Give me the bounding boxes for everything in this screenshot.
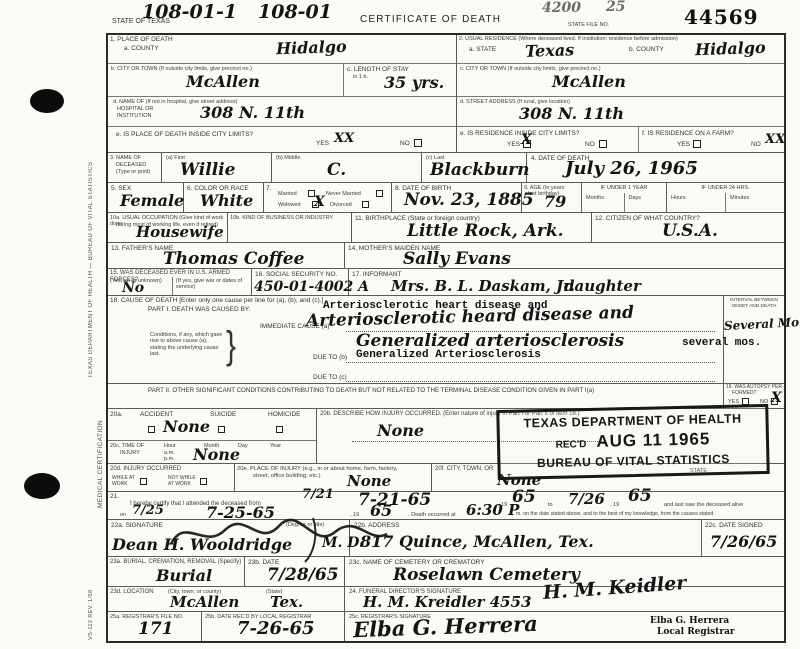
margin-form-revision-text: VS-112 REV. 1/58: [88, 556, 94, 640]
place-title: 1. PLACE OF DEATH: [110, 36, 173, 44]
marital-married-label: Married: [278, 191, 297, 197]
place-city-limits-label: e. IS PLACE OF DEATH INSIDE CITY LIMITS?: [116, 131, 253, 139]
hour-label: Hour: [164, 443, 176, 449]
cause-b-typed: Generalized Arteriosclerosis: [356, 350, 541, 361]
funeral-director-name: H. M. Kreidler 4553: [363, 595, 531, 610]
farm-yes-checkbox: [693, 140, 701, 148]
death-certificate-scan: TEXAS DEPARTMENT OF HEALTH — BUREAU OF V…: [0, 0, 800, 649]
burial-label: 23a. BURIAL, CREMATION, REMOVAL (Specify…: [110, 559, 241, 566]
row-place-and-residence: 1. PLACE OF DEATH a. COUNTY Hidalgo b. C…: [108, 35, 784, 153]
widowed-mark: X: [314, 195, 325, 209]
months-label: Months: [582, 193, 625, 213]
row-name-and-death-date: 3. NAME OF DECEASED (Type or print) (a) …: [108, 153, 784, 183]
location-state-value: Tex.: [270, 595, 303, 610]
stamp-line-3: BUREAU OF VITAL STATISTICS: [500, 451, 766, 471]
attended-from-handwritten-b: 7-21-65: [358, 492, 431, 509]
middle-name-value: C.: [327, 162, 346, 179]
burial-date-value: 7/28/65: [267, 567, 339, 584]
certify-on: on: [120, 512, 126, 518]
residence-farm-label: f. IS RESIDENCE ON A FARM?: [642, 130, 734, 138]
row-armed-ssn-informant: 15. WAS DECEASED EVER IN U.S. ARMED FORC…: [108, 269, 784, 296]
date-signed-label: 22c. DATE SIGNED: [705, 522, 763, 530]
minutes-label: Minutes: [726, 193, 784, 213]
accident-checkbox: [148, 426, 155, 433]
place-limits-no-checkbox: [414, 139, 422, 147]
name-title-3: (Type or print): [116, 169, 150, 175]
certify-19-b: , 19: [610, 502, 619, 508]
suicide-checkbox: [218, 426, 225, 433]
suicide-label: SUICIDE: [210, 411, 236, 419]
name-title-1: 3. NAME OF: [110, 155, 141, 161]
penciled-number-2: 25: [606, 0, 625, 14]
penciled-number-1: 4200: [542, 1, 581, 15]
registrar-typed-name: Elba G. Herrera: [650, 617, 729, 626]
cause-of-death-label: 18. CAUSE OF DEATH [Enter only one cause…: [110, 297, 323, 305]
cause-b-line: [346, 362, 715, 363]
never-married-checkbox: [376, 190, 383, 197]
cause-c-line: [346, 381, 715, 382]
residence-limits-yes-mark: X: [521, 133, 532, 147]
race-value: White: [200, 193, 253, 209]
injury-20b-value: None: [377, 423, 424, 439]
row-registrar: 25a. REGISTRAR'S FILE NO. 171 25b. DATE …: [108, 612, 784, 641]
row-father-mother: 13. FATHER'S NAME Thomas Coffee 14. MOTH…: [108, 243, 784, 269]
residence-limits-no-label: NO: [585, 141, 595, 149]
length-of-stay-sub: in 1 b.: [353, 74, 368, 80]
immediate-cause-label: IMMEDIATE CAUSE (a): [260, 323, 330, 331]
autopsy-label-2: FORMED?: [732, 391, 756, 397]
certify-number: 21.: [110, 493, 119, 501]
state-file-number: 44569: [684, 5, 759, 29]
death-time-handwritten: 6:30 P: [466, 503, 519, 518]
cause-b-handwritten: Generalized arteriosclerosis: [356, 333, 624, 350]
certify-text-4: m. on the date stated above, and to the …: [516, 512, 713, 518]
hospital-label-2: HOSPITAL OR: [117, 106, 153, 112]
injury-20c-label-1: 20c. TIME OF: [110, 443, 144, 449]
handwritten-district-number-2: 108-01: [258, 3, 332, 22]
hole-punch-top: [30, 89, 64, 113]
certify-text-2: and last saw the deceased alive: [664, 502, 743, 508]
divorced-checkbox: [362, 201, 369, 208]
injury-20d-label: 20d. INJURY OCCURRED: [110, 466, 181, 473]
informant-relation: daughter: [564, 279, 641, 294]
citizen-value: U.S.A.: [662, 223, 718, 240]
place-limits-no-label: NO: [400, 140, 410, 148]
sex-value: Female: [120, 193, 184, 209]
attended-from-handwritten-a: 7/21: [302, 488, 334, 501]
armed-sub2-label: (If yes, give war or dates of service): [176, 278, 248, 291]
row-location-funeral-director: 23d. LOCATION (City, town, or county) (S…: [108, 587, 784, 612]
farm-yes-label: YES: [677, 141, 690, 149]
not-while-label-2: AT WORK: [168, 482, 191, 488]
injury-20f-label: 20f. CITY, TOWN, OR: [435, 466, 493, 473]
residence-city-value: McAllen: [552, 74, 626, 90]
row-occupation-birthplace-citizen: 10a. USUAL OCCUPATION (Give kind of work…: [108, 213, 784, 243]
conditions-note: Conditions, if any, which gave rise to a…: [150, 332, 224, 357]
usual-residence-section: 2. USUAL RESIDENCE (Where deceased lived…: [457, 35, 784, 152]
farm-no-mark: XX: [765, 133, 785, 146]
interval-typed: several mos.: [682, 338, 761, 349]
occupation-value: Housewife: [136, 225, 224, 240]
birthplace-value: Little Rock, Ark.: [407, 223, 564, 240]
signature-label: 22a. SIGNATURE: [111, 522, 163, 530]
while-at-work-label-2: WORK: [112, 482, 128, 488]
row-cause-of-death: 18. CAUSE OF DEATH [Enter only one cause…: [108, 296, 784, 384]
name-title-2: DECEASED: [116, 162, 146, 168]
conditions-brace: }: [226, 325, 236, 369]
margin-medical-certification-text: MEDICAL CERTIFICATION: [97, 396, 104, 508]
residence-state-value: Texas: [525, 42, 575, 60]
residence-limits-yes-label: YES: [507, 141, 520, 149]
registrar-typed-title: Local Registrar: [657, 628, 735, 637]
registrar-file-value: 171: [138, 621, 174, 638]
burial-value: Burial: [156, 568, 212, 584]
location-city-value: McAllen: [170, 595, 239, 610]
homicide-checkbox: [276, 426, 283, 433]
alive-date-handwritten-a: 7/25: [132, 504, 164, 517]
certificate-title: CERTIFICATE OF DEATH: [360, 14, 501, 25]
row-physician-signature: 22a. SIGNATURE (Degree or title) Dean H.…: [108, 520, 784, 557]
not-while-checkbox: [200, 478, 207, 485]
place-limits-yes-mark: XX: [334, 132, 354, 145]
informant-value: Mrs. B. L. Daskam, Jr.: [391, 279, 575, 294]
ssn-label: 16. SOCIAL SECURITY NO.: [255, 271, 337, 279]
received-stamp: TEXAS DEPARTMENT OF HEALTH REC'D AUG 11 …: [496, 404, 770, 480]
while-at-work-checkbox: [140, 478, 147, 485]
length-of-stay-value: 35 yrs.: [384, 75, 444, 91]
certify-year-2: 65: [628, 488, 652, 505]
residence-county-label: b. COUNTY: [629, 46, 664, 54]
hospital-value: 308 N. 11th: [200, 105, 305, 121]
state-file-no-label: STATE FILE NO.: [568, 22, 609, 28]
autopsy-no-mark: X: [771, 391, 782, 405]
residence-street-value: 308 N. 11th: [519, 106, 624, 122]
if-under-1-year-label: IF UNDER 1 YEAR: [582, 185, 666, 191]
if-under-24-hrs-label: IF UNDER 24 HRS.: [667, 185, 784, 191]
farm-no-label: NO: [751, 141, 761, 149]
date-signed-value: 7/26/65: [710, 534, 777, 550]
last-saw-date-handwritten: 7/26: [568, 492, 605, 507]
hours-label: Hours: [667, 193, 726, 213]
middle-name-label: (b) Middle: [276, 155, 300, 161]
last-name-value: Blackburn: [430, 162, 530, 179]
injury-20c-label-2: INJURY: [120, 450, 140, 456]
date-of-birth-value: Nov. 23, 1885: [404, 192, 534, 209]
marital-never-label: Never Married: [326, 191, 361, 197]
part2-label: PART II. OTHER SIGNIFICANT CONDITIONS CO…: [148, 387, 594, 394]
age-value: 79: [544, 194, 566, 210]
industry-label: 10b. KIND OF BUSINESS OR INDUSTRY: [230, 215, 333, 221]
armed-forces-value: No: [122, 281, 144, 295]
residence-limits-label: e. IS RESIDENCE INSIDE CITY LIMITS?: [460, 130, 579, 138]
margin-bureau-text: TEXAS DEPARTMENT OF HEALTH — BUREAU OF V…: [88, 140, 94, 378]
father-name-value: Thomas Coffee: [163, 251, 304, 268]
part1-label: PART I. DEATH WAS CAUSED BY:: [148, 306, 251, 314]
location-label: 23d. LOCATION: [110, 589, 154, 596]
hole-punch-bottom: [24, 473, 60, 499]
injury-20e-value: None: [347, 474, 391, 489]
hospital-label-3: INSTITUTION: [117, 113, 152, 119]
handwritten-district-number-1: 108-01-1: [142, 3, 237, 22]
residence-limits-no-checkbox: [599, 140, 607, 148]
due-to-b-label: DUE TO (b): [313, 354, 347, 362]
marital-widowed-label: Widowed: [278, 202, 301, 208]
certify-to: to: [548, 502, 553, 508]
year-label: Year: [270, 443, 281, 449]
homicide-label: HOMICIDE: [268, 411, 301, 419]
interval-label-2: ONSET AND DEATH: [724, 304, 784, 310]
interval-label-1: INTERVAL BETWEEN: [724, 298, 784, 304]
place-limits-yes-label: YES: [316, 140, 329, 148]
interval-handwritten: Several Mo.: [724, 316, 800, 332]
injury-20e-label-2: street, office building, etc.): [253, 473, 321, 480]
place-city-value: McAllen: [186, 74, 260, 90]
row-sex-race-marital-birth-age: 5. SEX Female 6. COLOR OR RACE White 7. …: [108, 183, 784, 213]
certificate-form: 1. PLACE OF DEATH a. COUNTY Hidalgo b. C…: [106, 33, 786, 643]
injury-20a-value: None: [163, 419, 210, 435]
certify-text-3: . Death occurred at: [408, 512, 456, 518]
address-value: 817 Quince, McAllen, Tex.: [360, 534, 594, 550]
marital-label: 7.: [266, 185, 271, 193]
due-to-c-label: DUE TO (c): [313, 374, 347, 382]
pm-label: p.m.: [164, 456, 175, 462]
first-name-value: Willie: [180, 162, 235, 179]
injury-20a-label: 20a.: [110, 411, 123, 419]
stamp-recd-label: REC'D: [556, 439, 587, 451]
mother-name-value: Sally Evans: [403, 251, 511, 268]
residence-state-label: a. STATE: [469, 46, 496, 54]
registrar-date-value: 7-26-65: [237, 620, 315, 638]
place-county-label: a. COUNTY: [124, 45, 159, 53]
registrar-signature-handwritten: Elba G. Herrera: [353, 613, 538, 640]
injury-20c-value: None: [193, 447, 240, 463]
residence-county-value: Hidalgo: [695, 40, 766, 58]
physician-signature-scrawl: [163, 510, 393, 554]
stamp-date: AUG 11 1965: [596, 429, 710, 452]
marital-divorced-label: Divorced: [330, 202, 352, 208]
days-label: Days: [625, 193, 667, 213]
place-of-death-section: 1. PLACE OF DEATH a. COUNTY Hidalgo b. C…: [108, 35, 457, 152]
certificate-header: STATE OF TEXAS 108-01-1 108-01 CERTIFICA…: [106, 3, 786, 33]
place-county-value: Hidalgo: [276, 39, 347, 57]
date-of-death-value: July 26, 1965: [565, 160, 698, 178]
